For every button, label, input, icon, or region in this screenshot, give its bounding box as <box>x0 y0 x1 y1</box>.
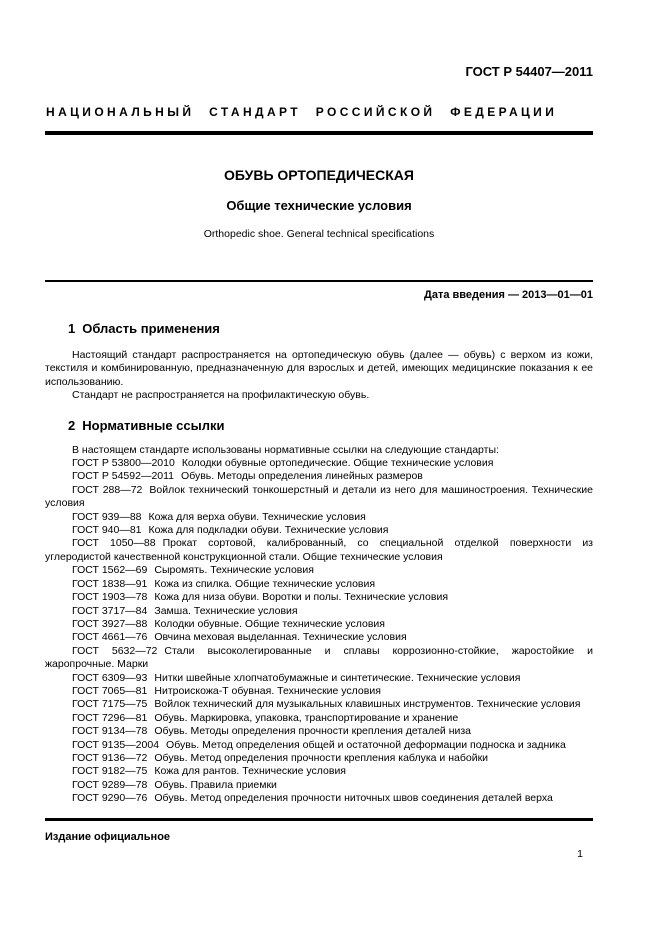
document-body: 1Область применения Настоящий стандарт р… <box>45 320 593 806</box>
standard-type-title: НАЦИОНАЛЬНЫЙ СТАНДАРТ РОССИЙСКОЙ ФЕДЕРАЦ… <box>46 105 594 119</box>
reference-item: ГОСТ 939—88Кожа для верха обуви. Техниче… <box>45 511 593 524</box>
reference-item: ГОСТ 4661—76Овчина меховая выделанная. Т… <box>45 631 593 644</box>
document-title-en: Orthopedic shoe. General technical speci… <box>45 228 593 240</box>
reference-item: ГОСТ 1562—69Сыромять. Технические услови… <box>45 564 593 577</box>
reference-item: ГОСТ 3927—88Колодки обувные. Общие техни… <box>45 618 593 631</box>
reference-code: ГОСТ 9135—2004 <box>72 739 159 751</box>
reference-code: ГОСТ 9289—78 <box>72 779 147 791</box>
reference-code: ГОСТ Р 54592—2011 <box>72 470 174 482</box>
reference-item: ГОСТ 9135—2004Обувь. Метод определения о… <box>45 739 593 752</box>
reference-code: ГОСТ 939—88 <box>72 511 142 523</box>
section-1-heading: 1Область применения <box>68 320 593 337</box>
reference-title: Обувь. Методы определения прочности креп… <box>154 725 471 737</box>
reference-item: ГОСТ 288—72Войлок технический тонкошерст… <box>45 484 593 511</box>
reference-title: Обувь. Методы определения линейных разме… <box>181 470 423 482</box>
paragraph: Стандарт не распространяется на профилак… <box>45 389 593 402</box>
document-page: ГОСТ Р 54407—2011 НАЦИОНАЛЬНЫЙ СТАНДАРТ … <box>0 0 661 936</box>
reference-item: ГОСТ 1838—91Кожа из спилка. Общие технич… <box>45 578 593 591</box>
reference-code: ГОСТ 9136—72 <box>72 752 147 764</box>
reference-item: ГОСТ 3717—84Замша. Технические условия <box>45 605 593 618</box>
reference-title: Кожа для низа обуви. Воротки и полы. Тех… <box>154 591 448 603</box>
reference-item: ГОСТ 1903—78Кожа для низа обуви. Воротки… <box>45 591 593 604</box>
paragraph: Настоящий стандарт распространяется на о… <box>45 349 593 389</box>
reference-title: Овчина меховая выделанная. Технические у… <box>154 631 406 643</box>
section-1-paragraphs: Настоящий стандарт распространяется на о… <box>45 349 593 403</box>
reference-code: ГОСТ 1838—91 <box>72 578 147 590</box>
reference-item: ГОСТ 9290—76Обувь. Метод определения про… <box>45 792 593 805</box>
reference-item: ГОСТ 9136—72Обувь. Метод определения про… <box>45 752 593 765</box>
reference-code: ГОСТ Р 53800—2010 <box>72 457 175 469</box>
reference-title: Обувь. Правила приемки <box>154 779 277 791</box>
reference-item: ГОСТ 6309—93Нитки швейные хлопчатобумажн… <box>45 672 593 685</box>
date-rule <box>45 280 593 282</box>
reference-code: ГОСТ 288—72 <box>72 484 142 496</box>
reference-code: ГОСТ 7296—81 <box>72 712 147 724</box>
reference-title: Нитки швейные хлопчатобумажные и синтети… <box>154 672 520 684</box>
reference-title: Кожа из спилка. Общие технические услови… <box>154 578 375 590</box>
reference-item: ГОСТ 9289—78Обувь. Правила приемки <box>45 779 593 792</box>
section-2-number: 2 <box>68 418 75 433</box>
section-2-intro: В настоящем стандарте использованы норма… <box>45 444 593 457</box>
section-2-heading: 2Нормативные ссылки <box>68 417 593 434</box>
reference-code: ГОСТ 9290—76 <box>72 792 147 804</box>
reference-item: ГОСТ 940—81Кожа для подкладки обуви. Тех… <box>45 524 593 537</box>
reference-code: ГОСТ 3927—88 <box>72 618 147 630</box>
section-2-title: Нормативные ссылки <box>82 418 224 433</box>
footer-rule <box>45 818 593 821</box>
reference-title: Обувь. Метод определения общей и остаточ… <box>166 739 566 751</box>
reference-code: ГОСТ 7065—81 <box>72 685 147 697</box>
reference-item: ГОСТ 9182—75Кожа для рантов. Технические… <box>45 765 593 778</box>
reference-title: Нитроискожа-Т обувная. Технические услов… <box>154 685 381 697</box>
reference-code: ГОСТ 1903—78 <box>72 591 147 603</box>
section-1-title: Область применения <box>82 321 220 336</box>
reference-title: Замша. Технические условия <box>154 605 297 617</box>
reference-code: ГОСТ 1562—69 <box>72 564 147 576</box>
references-list: ГОСТ Р 53800—2010Колодки обувные ортопед… <box>45 457 593 806</box>
section-1-number: 1 <box>68 321 75 336</box>
edition-note: Издание официальное <box>45 831 170 843</box>
reference-title: Войлок технический для музыкальных клави… <box>154 698 580 710</box>
reference-code: ГОСТ 3717—84 <box>72 605 147 617</box>
reference-item: ГОСТ 7175—75Войлок технический для музык… <box>45 698 593 711</box>
reference-item: ГОСТ Р 53800—2010Колодки обувные ортопед… <box>45 457 593 470</box>
reference-code: ГОСТ 9134—78 <box>72 725 147 737</box>
reference-title: Кожа для рантов. Технические условия <box>154 765 346 777</box>
introduction-date: Дата введения — 2013—01—01 <box>45 289 593 301</box>
reference-code: ГОСТ 940—81 <box>72 524 142 536</box>
reference-code: ГОСТ 4661—76 <box>72 631 147 643</box>
reference-item: ГОСТ 1050—88Прокат сортовой, калиброванн… <box>45 537 593 564</box>
reference-item: ГОСТ 7296—81Обувь. Маркировка, упаковка,… <box>45 712 593 725</box>
reference-code: ГОСТ 1050—88 <box>72 537 156 549</box>
reference-item: ГОСТ Р 54592—2011Обувь. Методы определен… <box>45 470 593 483</box>
header-rule <box>45 131 593 135</box>
reference-code: ГОСТ 7175—75 <box>72 698 147 710</box>
document-subtitle-ru: Общие технические условия <box>45 198 593 213</box>
reference-item: ГОСТ 7065—81Нитроискожа-Т обувная. Техни… <box>45 685 593 698</box>
reference-code: ГОСТ 5632—72 <box>72 645 157 657</box>
reference-title: Обувь. Маркировка, упаковка, транспортир… <box>154 712 458 724</box>
reference-code: ГОСТ 9182—75 <box>72 765 147 777</box>
reference-title: Сыромять. Технические условия <box>154 564 314 576</box>
doc-number: ГОСТ Р 54407—2011 <box>45 64 593 79</box>
reference-item: ГОСТ 5632—72Стали высоколегированные и с… <box>45 645 593 672</box>
reference-title: Кожа для верха обуви. Технические услови… <box>149 511 366 523</box>
reference-title: Обувь. Метод определения прочности ниточ… <box>154 792 552 804</box>
reference-title: Колодки обувные ортопедические. Общие те… <box>182 457 494 469</box>
reference-code: ГОСТ 6309—93 <box>72 672 147 684</box>
page-number: 1 <box>45 848 583 860</box>
reference-item: ГОСТ 9134—78Обувь. Методы определения пр… <box>45 725 593 738</box>
reference-title: Колодки обувные. Общие технические услов… <box>154 618 385 630</box>
document-title-ru: ОБУВЬ ОРТОПЕДИЧЕСКАЯ <box>45 167 593 183</box>
reference-title: Обувь. Метод определения прочности крепл… <box>154 752 488 764</box>
reference-title: Кожа для подкладки обуви. Технические ус… <box>149 524 389 536</box>
